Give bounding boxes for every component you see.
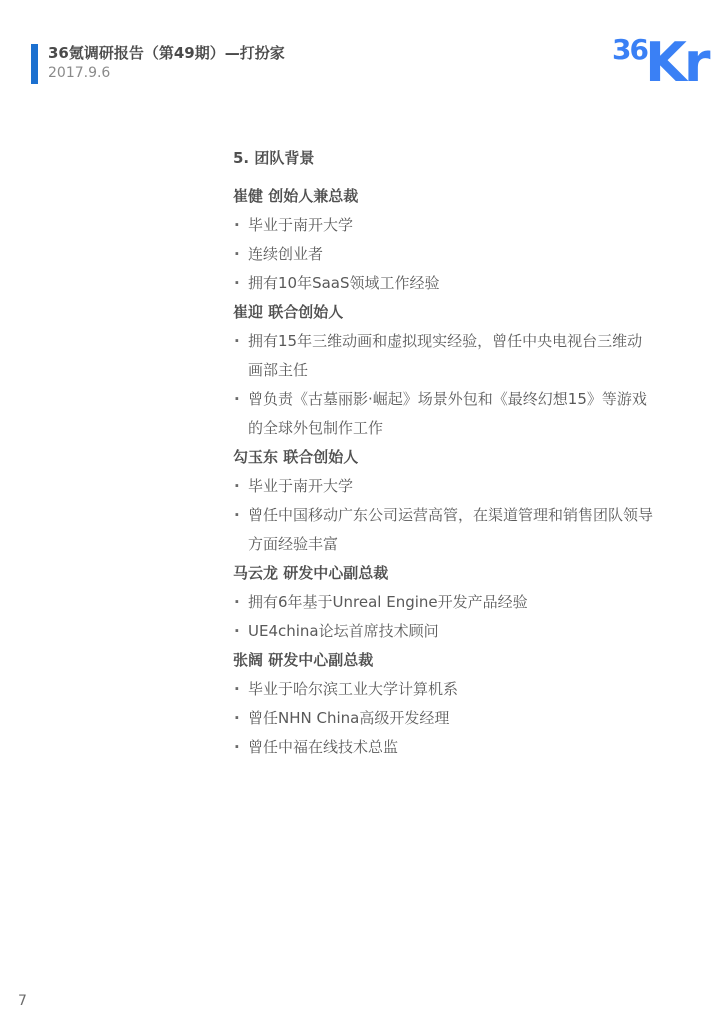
logo-kr-text: Kr	[645, 40, 707, 86]
person-name-title: 张阔 研发中心副总裁	[233, 646, 657, 675]
person-name-title: 勾玉东 联合创始人	[233, 443, 657, 472]
person-block: 马云龙 研发中心副总裁 拥有6年基于Unreal Engine开发产品经验UE4…	[233, 559, 657, 646]
person-bullets: 毕业于哈尔滨工业大学计算机系曾任NHN China高级开发经理曾任中福在线技术总…	[233, 675, 657, 762]
bullet-item: 拥有10年SaaS领域工作经验	[233, 269, 657, 298]
bullet-item: 连续创业者	[233, 240, 657, 269]
36kr-logo: 36Kr	[612, 40, 707, 86]
bullet-item: 曾任中福在线技术总监	[233, 733, 657, 762]
bullet-item: 拥有15年三维动画和虚拟现实经验，曾任中央电视台三维动画部主任	[233, 327, 657, 385]
bullet-item: 毕业于南开大学	[233, 472, 657, 501]
logo-36-text: 36	[612, 40, 647, 60]
person-name-title: 马云龙 研发中心副总裁	[233, 559, 657, 588]
bullet-item: 毕业于南开大学	[233, 211, 657, 240]
person-name-title: 崔迎 联合创始人	[233, 298, 657, 327]
person-block: 张阔 研发中心副总裁 毕业于哈尔滨工业大学计算机系曾任NHN China高级开发…	[233, 646, 657, 762]
person-name-title: 崔健 创始人兼总裁	[233, 182, 657, 211]
person-block: 崔迎 联合创始人 拥有15年三维动画和虚拟现实经验，曾任中央电视台三维动画部主任…	[233, 298, 657, 443]
page-number: 7	[18, 993, 27, 1009]
people-list: 崔健 创始人兼总裁 毕业于南开大学连续创业者拥有10年SaaS领域工作经验 崔迎…	[233, 182, 657, 762]
person-bullets: 拥有6年基于Unreal Engine开发产品经验UE4china论坛首席技术顾…	[233, 588, 657, 646]
report-content: 5. 团队背景 崔健 创始人兼总裁 毕业于南开大学连续创业者拥有10年SaaS领…	[233, 144, 657, 762]
person-block: 勾玉东 联合创始人 毕业于南开大学曾任中国移动广东公司运营高管，在渠道管理和销售…	[233, 443, 657, 559]
report-title: 36氪调研报告（第49期）—打扮家	[48, 44, 285, 63]
header-text-block: 36氪调研报告（第49期）—打扮家 2017.9.6	[48, 44, 285, 84]
header-accent-bar	[31, 44, 38, 84]
section-heading: 5. 团队背景	[233, 144, 657, 173]
bullet-item: UE4china论坛首席技术顾问	[233, 617, 657, 646]
bullet-item: 毕业于哈尔滨工业大学计算机系	[233, 675, 657, 704]
bullet-item: 曾任NHN China高级开发经理	[233, 704, 657, 733]
bullet-item: 拥有6年基于Unreal Engine开发产品经验	[233, 588, 657, 617]
report-date: 2017.9.6	[48, 63, 285, 84]
person-block: 崔健 创始人兼总裁 毕业于南开大学连续创业者拥有10年SaaS领域工作经验	[233, 182, 657, 298]
report-page: 36氪调研报告（第49期）—打扮家 2017.9.6 36Kr 5. 团队背景 …	[0, 0, 720, 1019]
bullet-item: 曾任中国移动广东公司运营高管，在渠道管理和销售团队领导方面经验丰富	[233, 501, 657, 559]
person-bullets: 毕业于南开大学曾任中国移动广东公司运营高管，在渠道管理和销售团队领导方面经验丰富	[233, 472, 657, 559]
person-bullets: 毕业于南开大学连续创业者拥有10年SaaS领域工作经验	[233, 211, 657, 298]
person-bullets: 拥有15年三维动画和虚拟现实经验，曾任中央电视台三维动画部主任曾负责《古墓丽影·…	[233, 327, 657, 443]
bullet-item: 曾负责《古墓丽影·崛起》场景外包和《最终幻想15》等游戏的全球外包制作工作	[233, 385, 657, 443]
